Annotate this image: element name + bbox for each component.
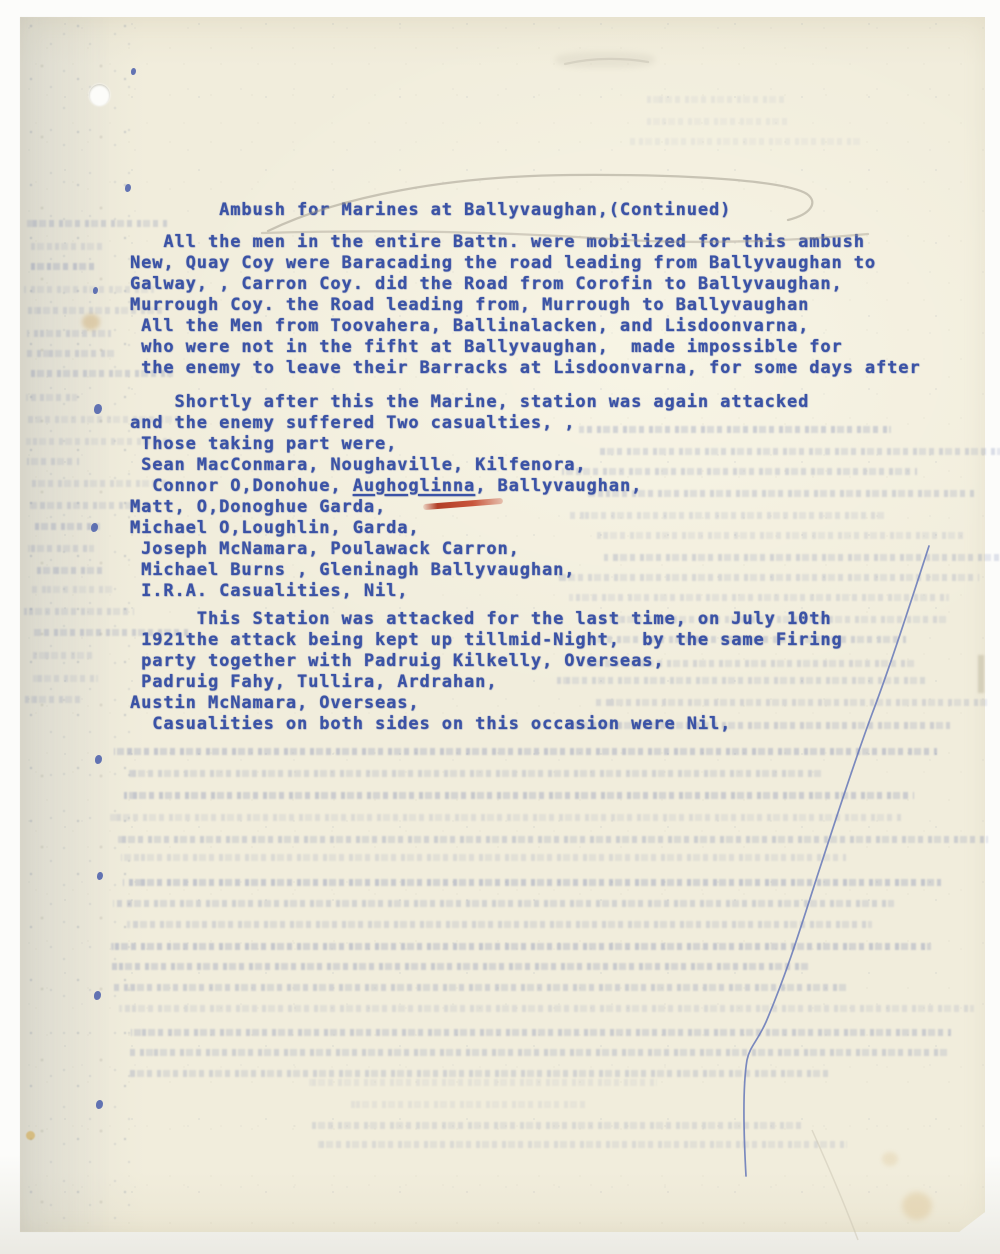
paragraph-mobilization: All the men in the entire Battn. were mo… — [130, 232, 990, 379]
underlined-word: Aughoglinna — [353, 476, 475, 496]
typed-line: Connor O,Donohue, Aughoglinna, Ballyvaug… — [130, 476, 990, 497]
typed-line: party together with Padruig Kilkelly, Ov… — [130, 651, 990, 672]
paragraph-second-attack: Shortly after this the Marine, station w… — [130, 392, 990, 602]
typed-line: who were not in the fifht at Ballyvaugha… — [130, 337, 990, 358]
typed-line: This Station was attacked for the last t… — [130, 609, 990, 630]
right-edge-notch — [978, 655, 984, 693]
typed-line: Michael Burns , Gleninagh Ballyvaughan, — [130, 560, 990, 581]
typed-line: Michael O,Loughlin, Garda, — [130, 518, 990, 539]
typed-line: Murrough Coy. the Road leading from, Mur… — [130, 295, 990, 316]
typed-line: Those taking part were, — [130, 434, 990, 455]
text-segment: Connor O,Donohue, — [130, 476, 353, 496]
punch-hole — [89, 84, 110, 106]
typed-line: Galway, , Carron Coy. did the Road from … — [130, 274, 990, 295]
typed-line: 1921the attack being kept up tillmid-Nig… — [130, 630, 990, 651]
typed-line: and the enemy suffered Two casualties, , — [130, 413, 990, 434]
paragraph-title: Ambush for Marines at Ballyvaughan,(Cont… — [130, 200, 990, 221]
typed-line: All the Men from Toovahera, Ballinalacke… — [130, 316, 990, 337]
typed-line: New, Quay Coy were Baracading the road l… — [130, 253, 990, 274]
typed-line: Ambush for Marines at Ballyvaughan,(Cont… — [130, 200, 990, 221]
typed-line: Matt, O,Donoghue Garda, — [130, 497, 990, 518]
typed-line: I.R.A. Casualities, Nil, — [130, 581, 990, 602]
typed-line: Padruig Fahy, Tullira, Ardrahan, — [130, 672, 990, 693]
typed-line: All the men in the entire Battn. were mo… — [130, 232, 990, 253]
typed-line: Austin McNamara, Overseas, — [130, 693, 990, 714]
scanned-document-page: Ambush for Marines at Ballyvaughan,(Cont… — [0, 0, 1000, 1254]
typed-line: Casualities on both sides on this occasi… — [130, 714, 990, 735]
text-segment: , Ballyvaughan, — [475, 476, 642, 496]
typed-line: the enemy to leave their Barracks at Lis… — [130, 358, 990, 379]
typed-line: Joseph McNamara, Poulawack Carron, — [130, 539, 990, 560]
paragraph-final-attack: This Station was attacked for the last t… — [130, 609, 990, 735]
typescript: Ambush for Marines at Ballyvaughan,(Cont… — [130, 200, 990, 735]
typed-line: Sean MacConmara, Noughaville, Kilfenora, — [130, 455, 990, 476]
typed-line: Shortly after this the Marine, station w… — [130, 392, 990, 413]
